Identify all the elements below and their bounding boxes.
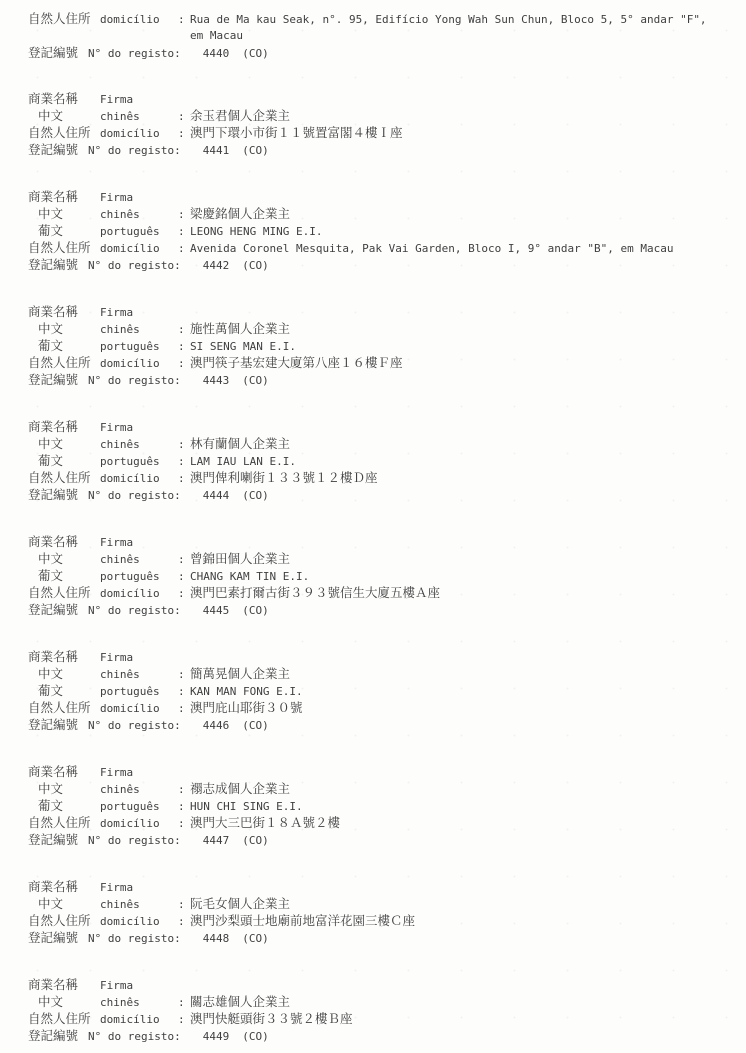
address-line: 自然人住所domicílio:澳門巴素打爾古街３９３號信生大廈五樓Ａ座 bbox=[28, 584, 738, 601]
chinese-label-pt: chinês bbox=[100, 994, 178, 1011]
registo-type-code: (CO) bbox=[242, 1028, 269, 1045]
address-label-cjk: 自然人住所 bbox=[28, 814, 100, 831]
address-value: 澳門筷子基宏建大廈第八座１６樓Ｆ座 bbox=[190, 354, 403, 371]
portuguese-name-line: 葡文português:SI SENG MAN E.I. bbox=[28, 337, 738, 354]
chinese-label-cjk: 中文 bbox=[28, 320, 100, 337]
colon-separator: : bbox=[178, 11, 190, 28]
registo-label-pt: N° do registo: bbox=[88, 257, 181, 274]
registo-label-pt: N° do registo: bbox=[88, 1028, 181, 1045]
colon-separator: : bbox=[178, 683, 190, 700]
registo-line: 登記編號N° do registo:4441(CO) bbox=[28, 141, 738, 158]
address-label-cjk: 自然人住所 bbox=[28, 584, 100, 601]
firma-label-pt: Firma bbox=[100, 649, 178, 666]
portuguese-name-value: CHANG KAM TIN E.I. bbox=[190, 568, 309, 585]
colon-separator: : bbox=[178, 1011, 190, 1028]
firma-label-pt: Firma bbox=[100, 419, 178, 436]
firma-label-pt: Firma bbox=[100, 91, 178, 108]
registo-number: 4446 bbox=[203, 717, 230, 734]
firma-line: 商業名稱Firma bbox=[28, 533, 738, 550]
registo-number: 4440 bbox=[203, 45, 230, 62]
address-label-pt: domicílio bbox=[100, 913, 178, 930]
address-line: 自然人住所domicílio:澳門俾利喇街１３３號１２樓Ｄ座 bbox=[28, 469, 738, 486]
firma-label-cjk: 商業名稱 bbox=[28, 763, 100, 780]
firma-label-cjk: 商業名稱 bbox=[28, 90, 100, 107]
firma-label-cjk: 商業名稱 bbox=[28, 188, 100, 205]
portuguese-name-value: HUN CHI SING E.I. bbox=[190, 798, 303, 815]
chinese-label-pt: chinês bbox=[100, 666, 178, 683]
chinese-label-cjk: 中文 bbox=[28, 895, 100, 912]
chinese-label-pt: chinês bbox=[100, 436, 178, 453]
address-label-pt: domicílio bbox=[100, 815, 178, 832]
chinese-name-value: 施性萬個人企業主 bbox=[190, 320, 290, 337]
registo-type-code: (CO) bbox=[242, 717, 269, 734]
colon-separator: : bbox=[178, 585, 190, 602]
registo-number: 4441 bbox=[203, 142, 230, 159]
registo-label-pt: N° do registo: bbox=[88, 142, 181, 159]
colon-separator: : bbox=[178, 355, 190, 372]
chinese-name-value: 阮毛女個人企業主 bbox=[190, 895, 290, 912]
colon-separator: : bbox=[178, 666, 190, 683]
colon-separator: : bbox=[178, 125, 190, 142]
registo-line: 登記編號 N° do registo: 4440 (CO) bbox=[28, 44, 738, 61]
registo-number: 4442 bbox=[203, 257, 230, 274]
chinese-name-value: 簡萬晃個人企業主 bbox=[190, 665, 290, 682]
registo-type-code: (CO) bbox=[242, 930, 269, 947]
registo-number: 4443 bbox=[203, 372, 230, 389]
registo-line: 登記編號N° do registo:4449(CO) bbox=[28, 1027, 738, 1044]
registo-label-cjk: 登記編號 bbox=[28, 371, 88, 388]
colon-separator: : bbox=[178, 700, 190, 717]
portuguese-name-line: 葡文português:HUN CHI SING E.I. bbox=[28, 797, 738, 814]
portuguese-label-cjk: 葡文 bbox=[28, 452, 100, 469]
colon-separator: : bbox=[178, 108, 190, 125]
chinese-name-value: 曾錦田個人企業主 bbox=[190, 550, 290, 567]
chinese-name-line: 中文chinês:關志雄個人企業主 bbox=[28, 993, 738, 1010]
address-value: 澳門快艇頭街３３號２樓Ｂ座 bbox=[190, 1010, 353, 1027]
address-value: 澳門巴素打爾古街３９３號信生大廈五樓Ａ座 bbox=[190, 584, 440, 601]
registo-label-cjk: 登記編號 bbox=[28, 929, 88, 946]
address-line: 自然人住所domicílio:澳門庇山耶街３０號 bbox=[28, 699, 738, 716]
registo-number: 4449 bbox=[203, 1028, 230, 1045]
registo-line: 登記編號N° do registo:4443(CO) bbox=[28, 371, 738, 388]
firma-label-cjk: 商業名稱 bbox=[28, 533, 100, 550]
registo-label-cjk: 登記編號 bbox=[28, 1027, 88, 1044]
registry-entry: 商業名稱Firma中文chinês:余玉君個人企業主自然人住所domicílio… bbox=[28, 90, 738, 158]
firma-line: 商業名稱Firma bbox=[28, 90, 738, 107]
address-label-pt: domicílio bbox=[100, 240, 178, 257]
firma-label-pt: Firma bbox=[100, 534, 178, 551]
firma-label-pt: Firma bbox=[100, 764, 178, 781]
registo-type-code: (CO) bbox=[242, 142, 269, 159]
chinese-label-pt: chinês bbox=[100, 206, 178, 223]
firma-line: 商業名稱Firma bbox=[28, 878, 738, 895]
address-value: 澳門大三巴街１８Ａ號２樓 bbox=[190, 814, 340, 831]
portuguese-label-cjk: 葡文 bbox=[28, 682, 100, 699]
address-label-pt: domicílio bbox=[100, 11, 178, 28]
registo-type-code: (CO) bbox=[242, 832, 269, 849]
address-continuation-line: em Macau bbox=[28, 27, 738, 44]
address-line: 自然人住所domicílio:澳門快艇頭街３３號２樓Ｂ座 bbox=[28, 1010, 738, 1027]
portuguese-label-pt: português bbox=[100, 683, 178, 700]
registo-line: 登記編號N° do registo:4446(CO) bbox=[28, 716, 738, 733]
portuguese-label-cjk: 葡文 bbox=[28, 337, 100, 354]
registry-entry-partial: 自然人住所 domicílio : Rua de Ma kau Seak, n°… bbox=[28, 10, 738, 61]
registry-entries-list: 商業名稱Firma中文chinês:余玉君個人企業主自然人住所domicílio… bbox=[28, 90, 738, 1044]
address-label-cjk: 自然人住所 bbox=[28, 354, 100, 371]
firma-label-pt: Firma bbox=[100, 304, 178, 321]
chinese-name-line: 中文chinês:曾錦田個人企業主 bbox=[28, 550, 738, 567]
portuguese-label-pt: português bbox=[100, 568, 178, 585]
address-label-pt: domicílio bbox=[100, 1011, 178, 1028]
registo-label-cjk: 登記編號 bbox=[28, 44, 88, 61]
portuguese-name-value: SI SENG MAN E.I. bbox=[190, 338, 296, 355]
registry-entry: 商業名稱Firma中文chinês:簡萬晃個人企業主葡文português:KA… bbox=[28, 648, 738, 733]
address-value: 澳門俾利喇街１３３號１２樓Ｄ座 bbox=[190, 469, 378, 486]
chinese-label-cjk: 中文 bbox=[28, 780, 100, 797]
address-label-cjk: 自然人住所 bbox=[28, 1010, 100, 1027]
registo-label-pt: N° do registo: bbox=[88, 717, 181, 734]
portuguese-label-pt: português bbox=[100, 453, 178, 470]
registo-number: 4444 bbox=[203, 487, 230, 504]
firma-label-cjk: 商業名稱 bbox=[28, 648, 100, 665]
registo-line: 登記編號N° do registo:4445(CO) bbox=[28, 601, 738, 618]
registry-entry: 商業名稱Firma中文chinês:關志雄個人企業主自然人住所domicílio… bbox=[28, 976, 738, 1044]
registo-label-cjk: 登記編號 bbox=[28, 716, 88, 733]
firma-line: 商業名稱Firma bbox=[28, 303, 738, 320]
colon-separator: : bbox=[178, 321, 190, 338]
address-label-cjk: 自然人住所 bbox=[28, 469, 100, 486]
chinese-label-cjk: 中文 bbox=[28, 550, 100, 567]
colon-separator: : bbox=[178, 551, 190, 568]
chinese-label-cjk: 中文 bbox=[28, 993, 100, 1010]
registo-type-code: (CO) bbox=[242, 45, 269, 62]
registo-number: 4448 bbox=[203, 930, 230, 947]
registry-entry: 商業名稱Firma中文chinês:曾錦田個人企業主葡文português:CH… bbox=[28, 533, 738, 618]
portuguese-label-pt: português bbox=[100, 798, 178, 815]
address-label-pt: domicílio bbox=[100, 585, 178, 602]
registo-line: 登記編號N° do registo:4442(CO) bbox=[28, 256, 738, 273]
firma-label-cjk: 商業名稱 bbox=[28, 303, 100, 320]
address-label-cjk: 自然人住所 bbox=[28, 699, 100, 716]
colon-separator: : bbox=[178, 913, 190, 930]
colon-separator: : bbox=[178, 815, 190, 832]
chinese-name-line: 中文chinês:禤志成個人企業主 bbox=[28, 780, 738, 797]
chinese-name-line: 中文chinês:阮毛女個人企業主 bbox=[28, 895, 738, 912]
registo-type-code: (CO) bbox=[242, 372, 269, 389]
address-line: 自然人住所domicílio:澳門大三巴街１８Ａ號２樓 bbox=[28, 814, 738, 831]
address-label-pt: domicílio bbox=[100, 700, 178, 717]
address-label-cjk: 自然人住所 bbox=[28, 239, 100, 256]
chinese-label-cjk: 中文 bbox=[28, 107, 100, 124]
portuguese-name-line: 葡文português:CHANG KAM TIN E.I. bbox=[28, 567, 738, 584]
chinese-label-pt: chinês bbox=[100, 896, 178, 913]
firma-label-pt: Firma bbox=[100, 879, 178, 896]
colon-separator: : bbox=[178, 798, 190, 815]
registry-entry: 商業名稱Firma中文chinês:禤志成個人企業主葡文português:HU… bbox=[28, 763, 738, 848]
colon-separator: : bbox=[178, 568, 190, 585]
portuguese-name-value: KAN MAN FONG E.I. bbox=[190, 683, 303, 700]
registry-entry: 商業名稱Firma中文chinês:梁慶銘個人企業主葡文português:LE… bbox=[28, 188, 738, 273]
registo-label-pt: N° do registo: bbox=[88, 832, 181, 849]
registo-label-cjk: 登記編號 bbox=[28, 141, 88, 158]
chinese-name-line: 中文chinês:林有蘭個人企業主 bbox=[28, 435, 738, 452]
chinese-name-value: 余玉君個人企業主 bbox=[190, 107, 290, 124]
chinese-name-line: 中文chinês:梁慶銘個人企業主 bbox=[28, 205, 738, 222]
address-value: 澳門下環小市街１１號置富閣４樓Ｉ座 bbox=[190, 124, 403, 141]
registo-label-pt: N° do registo: bbox=[88, 45, 181, 62]
firma-label-cjk: 商業名稱 bbox=[28, 976, 100, 993]
registo-label-pt: N° do registo: bbox=[88, 930, 181, 947]
address-line: 自然人住所domicílio:澳門沙梨頭士地廟前地富洋花園三樓Ｃ座 bbox=[28, 912, 738, 929]
registo-number: 4447 bbox=[203, 832, 230, 849]
registry-entry: 商業名稱Firma中文chinês:阮毛女個人企業主自然人住所domicílio… bbox=[28, 878, 738, 946]
chinese-name-value: 林有蘭個人企業主 bbox=[190, 435, 290, 452]
address-label-pt: domicílio bbox=[100, 355, 178, 372]
address-label-cjk: 自然人住所 bbox=[28, 912, 100, 929]
colon-separator: : bbox=[178, 470, 190, 487]
registo-label-pt: N° do registo: bbox=[88, 372, 181, 389]
portuguese-label-cjk: 葡文 bbox=[28, 567, 100, 584]
firma-line: 商業名稱Firma bbox=[28, 976, 738, 993]
address-value: 澳門沙梨頭士地廟前地富洋花園三樓Ｃ座 bbox=[190, 912, 415, 929]
registo-line: 登記編號N° do registo:4447(CO) bbox=[28, 831, 738, 848]
address-value-continued: em Macau bbox=[190, 27, 243, 44]
address-label-cjk: 自然人住所 bbox=[28, 10, 100, 27]
colon-separator: : bbox=[178, 994, 190, 1011]
firma-line: 商業名稱Firma bbox=[28, 763, 738, 780]
chinese-name-value: 禤志成個人企業主 bbox=[190, 780, 290, 797]
colon-separator: : bbox=[178, 436, 190, 453]
portuguese-name-line: 葡文português:LEONG HENG MING E.I. bbox=[28, 222, 738, 239]
portuguese-name-line: 葡文português:LAM IAU LAN E.I. bbox=[28, 452, 738, 469]
registo-label-cjk: 登記編號 bbox=[28, 601, 88, 618]
address-line: 自然人住所domicílio:澳門筷子基宏建大廈第八座１６樓Ｆ座 bbox=[28, 354, 738, 371]
portuguese-name-value: LEONG HENG MING E.I. bbox=[190, 223, 322, 240]
address-line: 自然人住所domicílio:Avenida Coronel Mesquita,… bbox=[28, 239, 738, 256]
registo-label-cjk: 登記編號 bbox=[28, 486, 88, 503]
chinese-label-pt: chinês bbox=[100, 108, 178, 125]
firma-label-pt: Firma bbox=[100, 977, 178, 994]
firma-line: 商業名稱Firma bbox=[28, 188, 738, 205]
chinese-name-line: 中文chinês:簡萬晃個人企業主 bbox=[28, 665, 738, 682]
registo-label-pt: N° do registo: bbox=[88, 487, 181, 504]
colon-separator: : bbox=[178, 453, 190, 470]
colon-separator: : bbox=[178, 338, 190, 355]
colon-separator: : bbox=[178, 223, 190, 240]
address-label-cjk: 自然人住所 bbox=[28, 124, 100, 141]
chinese-label-cjk: 中文 bbox=[28, 435, 100, 452]
portuguese-label-cjk: 葡文 bbox=[28, 222, 100, 239]
address-line: 自然人住所 domicílio : Rua de Ma kau Seak, n°… bbox=[28, 10, 738, 27]
portuguese-label-cjk: 葡文 bbox=[28, 797, 100, 814]
address-value: Rua de Ma kau Seak, n°. 95, Edifício Yon… bbox=[190, 11, 707, 28]
address-label-pt: domicílio bbox=[100, 470, 178, 487]
colon-separator: : bbox=[178, 240, 190, 257]
registo-line: 登記編號N° do registo:4448(CO) bbox=[28, 929, 738, 946]
firma-line: 商業名稱Firma bbox=[28, 648, 738, 665]
colon-separator: : bbox=[178, 896, 190, 913]
chinese-name-line: 中文chinês:施性萬個人企業主 bbox=[28, 320, 738, 337]
chinese-label-pt: chinês bbox=[100, 781, 178, 798]
registry-entry: 商業名稱Firma中文chinês:林有蘭個人企業主葡文português:LA… bbox=[28, 418, 738, 503]
registo-label-cjk: 登記編號 bbox=[28, 831, 88, 848]
chinese-label-pt: chinês bbox=[100, 551, 178, 568]
registry-document-page: 自然人住所 domicílio : Rua de Ma kau Seak, n°… bbox=[0, 0, 746, 1053]
address-value: 澳門庇山耶街３０號 bbox=[190, 699, 303, 716]
portuguese-label-pt: português bbox=[100, 338, 178, 355]
firma-label-pt: Firma bbox=[100, 189, 178, 206]
registo-type-code: (CO) bbox=[242, 257, 269, 274]
chinese-label-cjk: 中文 bbox=[28, 665, 100, 682]
firma-label-cjk: 商業名稱 bbox=[28, 418, 100, 435]
registo-label-pt: N° do registo: bbox=[88, 602, 181, 619]
chinese-label-cjk: 中文 bbox=[28, 205, 100, 222]
chinese-name-value: 梁慶銘個人企業主 bbox=[190, 205, 290, 222]
colon-separator: : bbox=[178, 206, 190, 223]
firma-label-cjk: 商業名稱 bbox=[28, 878, 100, 895]
registo-type-code: (CO) bbox=[242, 487, 269, 504]
registo-number: 4445 bbox=[203, 602, 230, 619]
portuguese-label-pt: português bbox=[100, 223, 178, 240]
registry-entry: 商業名稱Firma中文chinês:施性萬個人企業主葡文português:SI… bbox=[28, 303, 738, 388]
portuguese-name-line: 葡文português:KAN MAN FONG E.I. bbox=[28, 682, 738, 699]
address-value: Avenida Coronel Mesquita, Pak Vai Garden… bbox=[190, 240, 673, 257]
chinese-name-value: 關志雄個人企業主 bbox=[190, 993, 290, 1010]
address-label-pt: domicílio bbox=[100, 125, 178, 142]
chinese-label-pt: chinês bbox=[100, 321, 178, 338]
colon-separator: : bbox=[178, 781, 190, 798]
chinese-name-line: 中文chinês:余玉君個人企業主 bbox=[28, 107, 738, 124]
portuguese-name-value: LAM IAU LAN E.I. bbox=[190, 453, 296, 470]
registo-label-cjk: 登記編號 bbox=[28, 256, 88, 273]
registo-type-code: (CO) bbox=[242, 602, 269, 619]
firma-line: 商業名稱Firma bbox=[28, 418, 738, 435]
registo-line: 登記編號N° do registo:4444(CO) bbox=[28, 486, 738, 503]
address-line: 自然人住所domicílio:澳門下環小市街１１號置富閣４樓Ｉ座 bbox=[28, 124, 738, 141]
